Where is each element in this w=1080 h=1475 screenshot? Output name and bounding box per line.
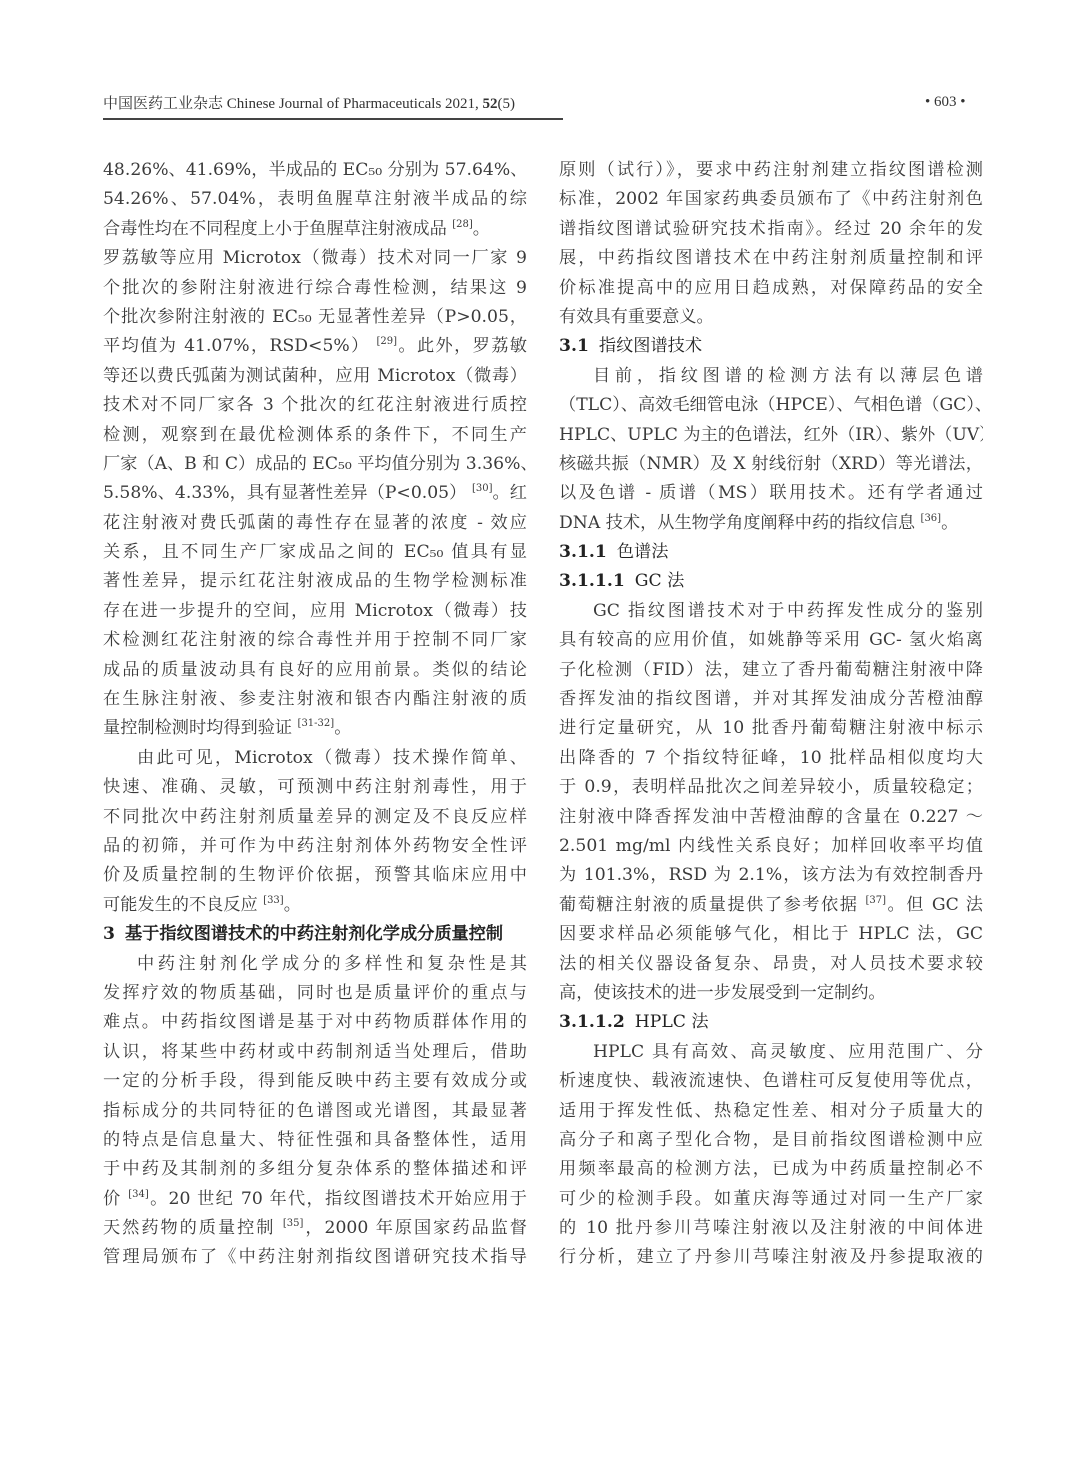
line-text: 快速、准确、灵敏，可预测中药注射剂毒性，用于 <box>103 777 527 797</box>
section-heading: 3.1.1.2HPLC 法 <box>559 1008 983 1037</box>
text-line: 厂家（A、B 和 C）成品的 EC₅₀ 平均值分别为 3.36%、 <box>103 450 527 479</box>
section-heading: 3.1.1色谱法 <box>559 538 983 567</box>
text-line: 适用于挥发性低、热稳定性差、相对分子质量大的 <box>559 1097 983 1126</box>
line-text: 高分子和离子型化合物，是目前指纹图谱检测中应 <box>559 1130 983 1150</box>
text-line: 目前，指纹图谱的检测方法有以薄层色谱 <box>559 362 983 391</box>
line-text: 存在进一步提升的空间，应用 Microtox（微毒）技 <box>103 601 527 621</box>
citation-ref[interactable]: [35] <box>283 1218 304 1229</box>
left-column: 48.26%、41.69%，半成品的 EC₅₀ 分别为 57.64%、54.26… <box>103 156 527 1273</box>
line-text: 平均值为 41.07%，RSD<5%） <box>103 336 370 356</box>
section-heading: 3.1指纹图谱技术 <box>559 332 983 361</box>
line-text: 行分析，建立了丹参川芎嗪注射液及丹参提取液的 <box>559 1247 983 1267</box>
line-text: 难点。中药指纹图谱是基于对中药物质群体作用的 <box>103 1012 527 1032</box>
text-line: 具有较高的应用价值，如姚静等采用 GC- 氢火焰离 <box>559 626 983 655</box>
line-text: 术检测红花注射液的综合毒性并用于控制不同厂家 <box>103 630 527 650</box>
line-text: 具有较高的应用价值，如姚静等采用 GC- 氢火焰离 <box>559 630 983 650</box>
line-text: 原则（试行）》，要求中药注射剂建立指纹图谱检测 <box>559 160 983 180</box>
line-text: 量控制检测时均得到验证 <box>103 718 292 738</box>
text-line: 检测，观察到在最优检测体系的条件下，不同生产 <box>103 421 527 450</box>
line-text: GC 指纹图谱技术对于中药挥发性成分的鉴别 <box>593 601 983 621</box>
text-line: 发挥疗效的物质基础，同时也是质量评价的重点与 <box>103 979 527 1008</box>
text-line: 为 101.3%，RSD 为 2.1%，该方法为有效控制香丹 <box>559 861 983 890</box>
line-text: 厂家（A、B 和 C）成品的 EC₅₀ 平均值分别为 3.36%、 <box>103 454 527 474</box>
line-text-tail: 。但 GC 法 <box>886 895 983 915</box>
citation-ref[interactable]: [29] <box>377 336 398 347</box>
section-number: 3.1 <box>559 336 589 356</box>
text-line: 存在进一步提升的空间，应用 Microtox（微毒）技 <box>103 597 527 626</box>
text-line: 5.58%、4.33%，具有显著性差异（P<0.05） [30]。红 <box>103 479 527 508</box>
line-text-tail: 。 <box>941 513 958 533</box>
line-text: 5.58%、4.33%，具有显著性差异（P<0.05） <box>103 483 466 503</box>
section-number: 3 <box>103 924 115 944</box>
text-line: 于中药及其制剂的多组分复杂体系的整体描述和评 <box>103 1155 527 1184</box>
text-line: 著性差异，提示红花注射液成品的生物学检测标准 <box>103 567 527 596</box>
line-text: 关系，且不同生产厂家成品之间的 EC₅₀ 值具有显 <box>103 542 527 562</box>
line-text: 为 101.3%，RSD 为 2.1%，该方法为有效控制香丹 <box>559 865 983 885</box>
text-line: 可少的检测手段。如董庆海等通过对同一生产厂家 <box>559 1185 983 1214</box>
text-line: 法的相关仪器设备复杂、昂贵，对人员技术要求较 <box>559 950 983 979</box>
text-line: 48.26%、41.69%，半成品的 EC₅₀ 分别为 57.64%、 <box>103 156 527 185</box>
section-number: 3.1.1.1 <box>559 571 625 591</box>
line-text: 个批次的参附注射液进行综合毒性检测，结果这 9 <box>103 278 527 298</box>
line-text: 个批次参附注射液的 EC₅₀ 无显著性差异（P>0.05， <box>103 307 527 327</box>
text-line: 快速、准确、灵敏，可预测中药注射剂毒性，用于 <box>103 773 527 802</box>
line-text: 展，中药指纹图谱技术在中药注射剂质量控制和评 <box>559 248 983 268</box>
text-line: 量控制检测时均得到验证 [31-32]。 <box>103 714 527 743</box>
line-text: 指标成分的共同特征的色谱图或光谱图，其最显著 <box>103 1101 527 1121</box>
text-line: 技术对不同厂家各 3 个批次的红花注射液进行质控 <box>103 391 527 420</box>
text-line: 中药注射剂化学成分的多样性和复杂性是其 <box>103 950 527 979</box>
line-text: 出降香的 7 个指纹特征峰，10 批样品相似度均大 <box>559 748 983 768</box>
citation-ref[interactable]: [36] <box>921 513 942 524</box>
citation-ref[interactable]: [28] <box>452 219 473 230</box>
citation-ref[interactable]: [33] <box>263 895 284 906</box>
text-line: 有效具有重要意义。 <box>559 303 983 332</box>
text-line: 展，中药指纹图谱技术在中药注射剂质量控制和评 <box>559 244 983 273</box>
line-text: 管理局颁布了《中药注射剂指纹图谱研究技术指导 <box>103 1247 527 1267</box>
section-title: 指纹图谱技术 <box>599 336 702 356</box>
text-line: （TLC）、高效毛细管电泳（HPCE）、气相色谱（GC）、 <box>559 391 983 420</box>
line-text-tail: 。此外，罗荔敏 <box>397 336 527 356</box>
text-line: 指标成分的共同特征的色谱图或光谱图，其最显著 <box>103 1097 527 1126</box>
text-line: 高，使该技术的进一步发展受到一定制约。 <box>559 979 983 1008</box>
text-line: 出降香的 7 个指纹特征峰，10 批样品相似度均大 <box>559 744 983 773</box>
text-line: 罗荔敏等应用 Microtox（微毒）技术对同一厂家 9 <box>103 244 527 273</box>
text-line: HPLC 具有高效、高灵敏度、应用范围广、分 <box>559 1038 983 1067</box>
line-text: 法的相关仪器设备复杂、昂贵，对人员技术要求较 <box>559 954 983 974</box>
line-text: 目前，指纹图谱的检测方法有以薄层色谱 <box>593 366 983 386</box>
line-text: 析速度快、载液流速快、色谱柱可反复使用等优点， <box>559 1071 983 1091</box>
journal-title-en: Chinese Journal of Pharmaceuticals <box>227 96 442 112</box>
text-line: HPLC、UPLC 为主的色谱法，红外（IR）、紫外（UV）、 <box>559 421 983 450</box>
text-line: 原则（试行）》，要求中药注射剂建立指纹图谱检测 <box>559 156 983 185</box>
right-column: 原则（试行）》，要求中药注射剂建立指纹图谱检测标准，2002 年国家药典委员颁布… <box>559 156 983 1273</box>
text-line: 核磁共振（NMR）及 X 射线衍射（XRD）等光谱法， <box>559 450 983 479</box>
journal-year: 2021, <box>445 96 479 112</box>
line-text: 葡萄糖注射液的质量提供了参考依据 <box>559 895 858 915</box>
line-text: 由此可见，Microtox（微毒）技术操作简单、 <box>137 748 527 768</box>
text-line: 不同批次中药注射剂质量差异的测定及不良反应样 <box>103 803 527 832</box>
line-text: 价 <box>103 1189 121 1209</box>
line-text: 一定的分析手段，得到能反映中药主要有效成分或 <box>103 1071 527 1091</box>
text-line: 于 0.9，表明样品批次之间差异较小，质量较稳定； <box>559 773 983 802</box>
section-number: 3.1.1.2 <box>559 1012 625 1032</box>
text-line: 葡萄糖注射液的质量提供了参考依据 [37]。但 GC 法 <box>559 891 983 920</box>
text-line: 花注射液对费氏弧菌的毒性存在显著的浓度 - 效应 <box>103 509 527 538</box>
line-text: 价及质量控制的生物评价依据，预警其临床应用中 <box>103 865 527 885</box>
line-text: 谱指纹图谱试验研究技术指南》。经过 20 余年的发 <box>559 219 983 239</box>
text-line: 成品的质量波动具有良好的应用前景。类似的结论 <box>103 656 527 685</box>
text-line: 2.501 mg/ml 内线性关系良好；加样回收率平均值 <box>559 832 983 861</box>
text-line: 等还以费氏弧菌为测试菌种，应用 Microtox（微毒） <box>103 362 527 391</box>
text-line: 用频率最高的检测方法，已成为中药质量控制必不 <box>559 1155 983 1184</box>
line-text-tail: 。20 世纪 70 年代，指纹图谱技术开始应用于 <box>149 1189 527 1209</box>
line-text: 检测，观察到在最优检测体系的条件下，不同生产 <box>103 425 527 445</box>
text-line: 个批次参附注射液的 EC₅₀ 无显著性差异（P>0.05， <box>103 303 527 332</box>
line-text-tail: 。 <box>334 718 351 738</box>
line-text: 的 10 批丹参川芎嗪注射液以及注射液的中间体进 <box>559 1218 983 1238</box>
line-text: 中药注射剂化学成分的多样性和复杂性是其 <box>137 954 527 974</box>
text-line: 由此可见，Microtox（微毒）技术操作简单、 <box>103 744 527 773</box>
running-header: 中国医药工业杂志 Chinese Journal of Pharmaceutic… <box>103 92 563 120</box>
text-line: 价及质量控制的生物评价依据，预警其临床应用中 <box>103 861 527 890</box>
section-heading: 3.1.1.1GC 法 <box>559 567 983 596</box>
line-text: 用频率最高的检测方法，已成为中药质量控制必不 <box>559 1159 983 1179</box>
journal-title-cn: 中国医药工业杂志 <box>103 96 223 112</box>
line-text: 品的初筛，并可作为中药注射剂体外药物安全性评 <box>103 836 527 856</box>
line-text: 54.26%、57.04%，表明鱼腥草注射液半成品的综 <box>103 189 527 209</box>
line-text: 花注射液对费氏弧菌的毒性存在显著的浓度 - 效应 <box>103 513 527 533</box>
text-line: 子化检测（FID）法，建立了香丹葡萄糖注射液中降 <box>559 656 983 685</box>
section-title: HPLC 法 <box>635 1012 709 1032</box>
text-line: 注射液中降香挥发油中苦橙油醇的含量在 0.227 ～ <box>559 803 983 832</box>
citation-ref[interactable]: [30] <box>472 483 493 494</box>
line-text: 以及色谱 - 质谱（MS）联用技术。还有学者通过 <box>559 483 983 503</box>
citation-ref[interactable]: [34] <box>128 1189 149 1200</box>
line-text: 认识，将某些中药材或中药制剂适当处理后，借助 <box>103 1042 527 1062</box>
text-line: 标准，2002 年国家药典委员颁布了《中药注射剂色 <box>559 185 983 214</box>
text-line: 因要求样品必须能够气化，相比于 HPLC 法，GC <box>559 920 983 949</box>
line-text-tail: 。 <box>473 219 490 239</box>
line-text: 等还以费氏弧菌为测试菌种，应用 Microtox（微毒） <box>103 366 527 386</box>
section-heading: 3基于指纹图谱技术的中药注射剂化学成分质量控制 <box>103 920 527 949</box>
page-number: • 603 • <box>925 94 966 111</box>
text-line: 高分子和离子型化合物，是目前指纹图谱检测中应 <box>559 1126 983 1155</box>
line-text: 高，使该技术的进一步发展受到一定制约。 <box>559 983 886 1003</box>
journal-volume: 52 <box>483 96 498 112</box>
text-line: 难点。中药指纹图谱是基于对中药物质群体作用的 <box>103 1008 527 1037</box>
line-text: 技术对不同厂家各 3 个批次的红花注射液进行质控 <box>103 395 527 415</box>
text-line: GC 指纹图谱技术对于中药挥发性成分的鉴别 <box>559 597 983 626</box>
text-line: 54.26%、57.04%，表明鱼腥草注射液半成品的综 <box>103 185 527 214</box>
text-line: 术检测红花注射液的综合毒性并用于控制不同厂家 <box>103 626 527 655</box>
line-text: （TLC）、高效毛细管电泳（HPCE）、气相色谱（GC）、 <box>559 395 983 415</box>
line-text: 子化检测（FID）法，建立了香丹葡萄糖注射液中降 <box>559 660 983 680</box>
line-text: 于中药及其制剂的多组分复杂体系的整体描述和评 <box>103 1159 527 1179</box>
text-line: 进行定量研究，从 10 批香丹葡萄糖注射液中标示 <box>559 714 983 743</box>
line-text: 进行定量研究，从 10 批香丹葡萄糖注射液中标示 <box>559 718 983 738</box>
text-line: 以及色谱 - 质谱（MS）联用技术。还有学者通过 <box>559 479 983 508</box>
text-line: 平均值为 41.07%，RSD<5%） [29]。此外，罗荔敏 <box>103 332 527 361</box>
text-line: 在生脉注射液、参麦注射液和银杏内酯注射液的质 <box>103 685 527 714</box>
text-line: 的 10 批丹参川芎嗪注射液以及注射液的中间体进 <box>559 1214 983 1243</box>
text-line: 个批次的参附注射液进行综合毒性检测，结果这 9 <box>103 274 527 303</box>
text-line: 可能发生的不良反应 [33]。 <box>103 891 527 920</box>
section-title: 色谱法 <box>617 542 669 562</box>
text-line: 价 [34]。20 世纪 70 年代，指纹图谱技术开始应用于 <box>103 1185 527 1214</box>
text-line: DNA 技术，从生物学角度阐释中药的指纹信息 [36]。 <box>559 509 983 538</box>
text-line: 关系，且不同生产厂家成品之间的 EC₅₀ 值具有显 <box>103 538 527 567</box>
line-text: 成品的质量波动具有良好的应用前景。类似的结论 <box>103 660 527 680</box>
line-text: 发挥疗效的物质基础，同时也是质量评价的重点与 <box>103 983 527 1003</box>
line-text: 合毒性均在不同程度上小于鱼腥草注射液成品 <box>103 219 447 239</box>
text-line: 析速度快、载液流速快、色谱柱可反复使用等优点， <box>559 1067 983 1096</box>
line-text-tail: ，2000 年原国家药品监督 <box>303 1218 527 1238</box>
text-line: 品的初筛，并可作为中药注射剂体外药物安全性评 <box>103 832 527 861</box>
line-text-tail: 。红 <box>492 483 527 503</box>
line-text: 2.501 mg/ml 内线性关系良好；加样回收率平均值 <box>559 836 983 856</box>
text-line: 天然药物的质量控制 [35]，2000 年原国家药品监督 <box>103 1214 527 1243</box>
text-line: 价标准提高中的应用日趋成熟，对保障药品的安全 <box>559 274 983 303</box>
citation-ref[interactable]: [31-32] <box>298 718 335 729</box>
line-text: 不同批次中药注射剂质量差异的测定及不良反应样 <box>103 807 527 827</box>
line-text: 罗荔敏等应用 Microtox（微毒）技术对同一厂家 9 <box>103 248 527 268</box>
line-text: 核磁共振（NMR）及 X 射线衍射（XRD）等光谱法， <box>559 454 983 474</box>
journal-issue: (5) <box>498 96 516 112</box>
line-text: 在生脉注射液、参麦注射液和银杏内酯注射液的质 <box>103 689 527 709</box>
line-text: 的特点是信息量大、特征性强和具备整体性，适用 <box>103 1130 527 1150</box>
text-line: 谱指纹图谱试验研究技术指南》。经过 20 余年的发 <box>559 215 983 244</box>
line-text: DNA 技术，从生物学角度阐释中药的指纹信息 <box>559 513 915 533</box>
text-line: 香挥发油的指纹图谱，并对其挥发油成分苦橙油醇 <box>559 685 983 714</box>
text-line: 一定的分析手段，得到能反映中药主要有效成分或 <box>103 1067 527 1096</box>
line-text: 48.26%、41.69%，半成品的 EC₅₀ 分别为 57.64%、 <box>103 160 527 180</box>
section-title: 基于指纹图谱技术的中药注射剂化学成分质量控制 <box>125 924 503 944</box>
line-text: 可少的检测手段。如董庆海等通过对同一生产厂家 <box>559 1189 983 1209</box>
line-text: 注射液中降香挥发油中苦橙油醇的含量在 0.227 ～ <box>559 807 983 827</box>
line-text: 可能发生的不良反应 <box>103 895 258 915</box>
line-text: 著性差异，提示红花注射液成品的生物学检测标准 <box>103 571 527 591</box>
line-text: 于 0.9，表明样品批次之间差异较小，质量较稳定； <box>559 777 983 797</box>
line-text: HPLC 具有高效、高灵敏度、应用范围广、分 <box>593 1042 983 1062</box>
text-line: 行分析，建立了丹参川芎嗪注射液及丹参提取液的 <box>559 1243 983 1272</box>
line-text: 适用于挥发性低、热稳定性差、相对分子质量大的 <box>559 1101 983 1121</box>
text-line: 管理局颁布了《中药注射剂指纹图谱研究技术指导 <box>103 1243 527 1272</box>
citation-ref[interactable]: [37] <box>865 895 886 906</box>
line-text: 标准，2002 年国家药典委员颁布了《中药注射剂色 <box>559 189 983 209</box>
section-title: GC 法 <box>635 571 685 591</box>
section-number: 3.1.1 <box>559 542 607 562</box>
line-text: HPLC、UPLC 为主的色谱法，红外（IR）、紫外（UV）、 <box>559 425 983 445</box>
line-text: 香挥发油的指纹图谱，并对其挥发油成分苦橙油醇 <box>559 689 983 709</box>
line-text-tail: 。 <box>284 895 301 915</box>
line-text: 天然药物的质量控制 <box>103 1218 275 1238</box>
text-line: 合毒性均在不同程度上小于鱼腥草注射液成品 [28]。 <box>103 215 527 244</box>
text-line: 的特点是信息量大、特征性强和具备整体性，适用 <box>103 1126 527 1155</box>
line-text: 价标准提高中的应用日趋成熟，对保障药品的安全 <box>559 278 983 298</box>
text-line: 认识，将某些中药材或中药制剂适当处理后，借助 <box>103 1038 527 1067</box>
line-text: 因要求样品必须能够气化，相比于 HPLC 法，GC <box>559 924 983 944</box>
line-text: 有效具有重要意义。 <box>559 307 714 327</box>
